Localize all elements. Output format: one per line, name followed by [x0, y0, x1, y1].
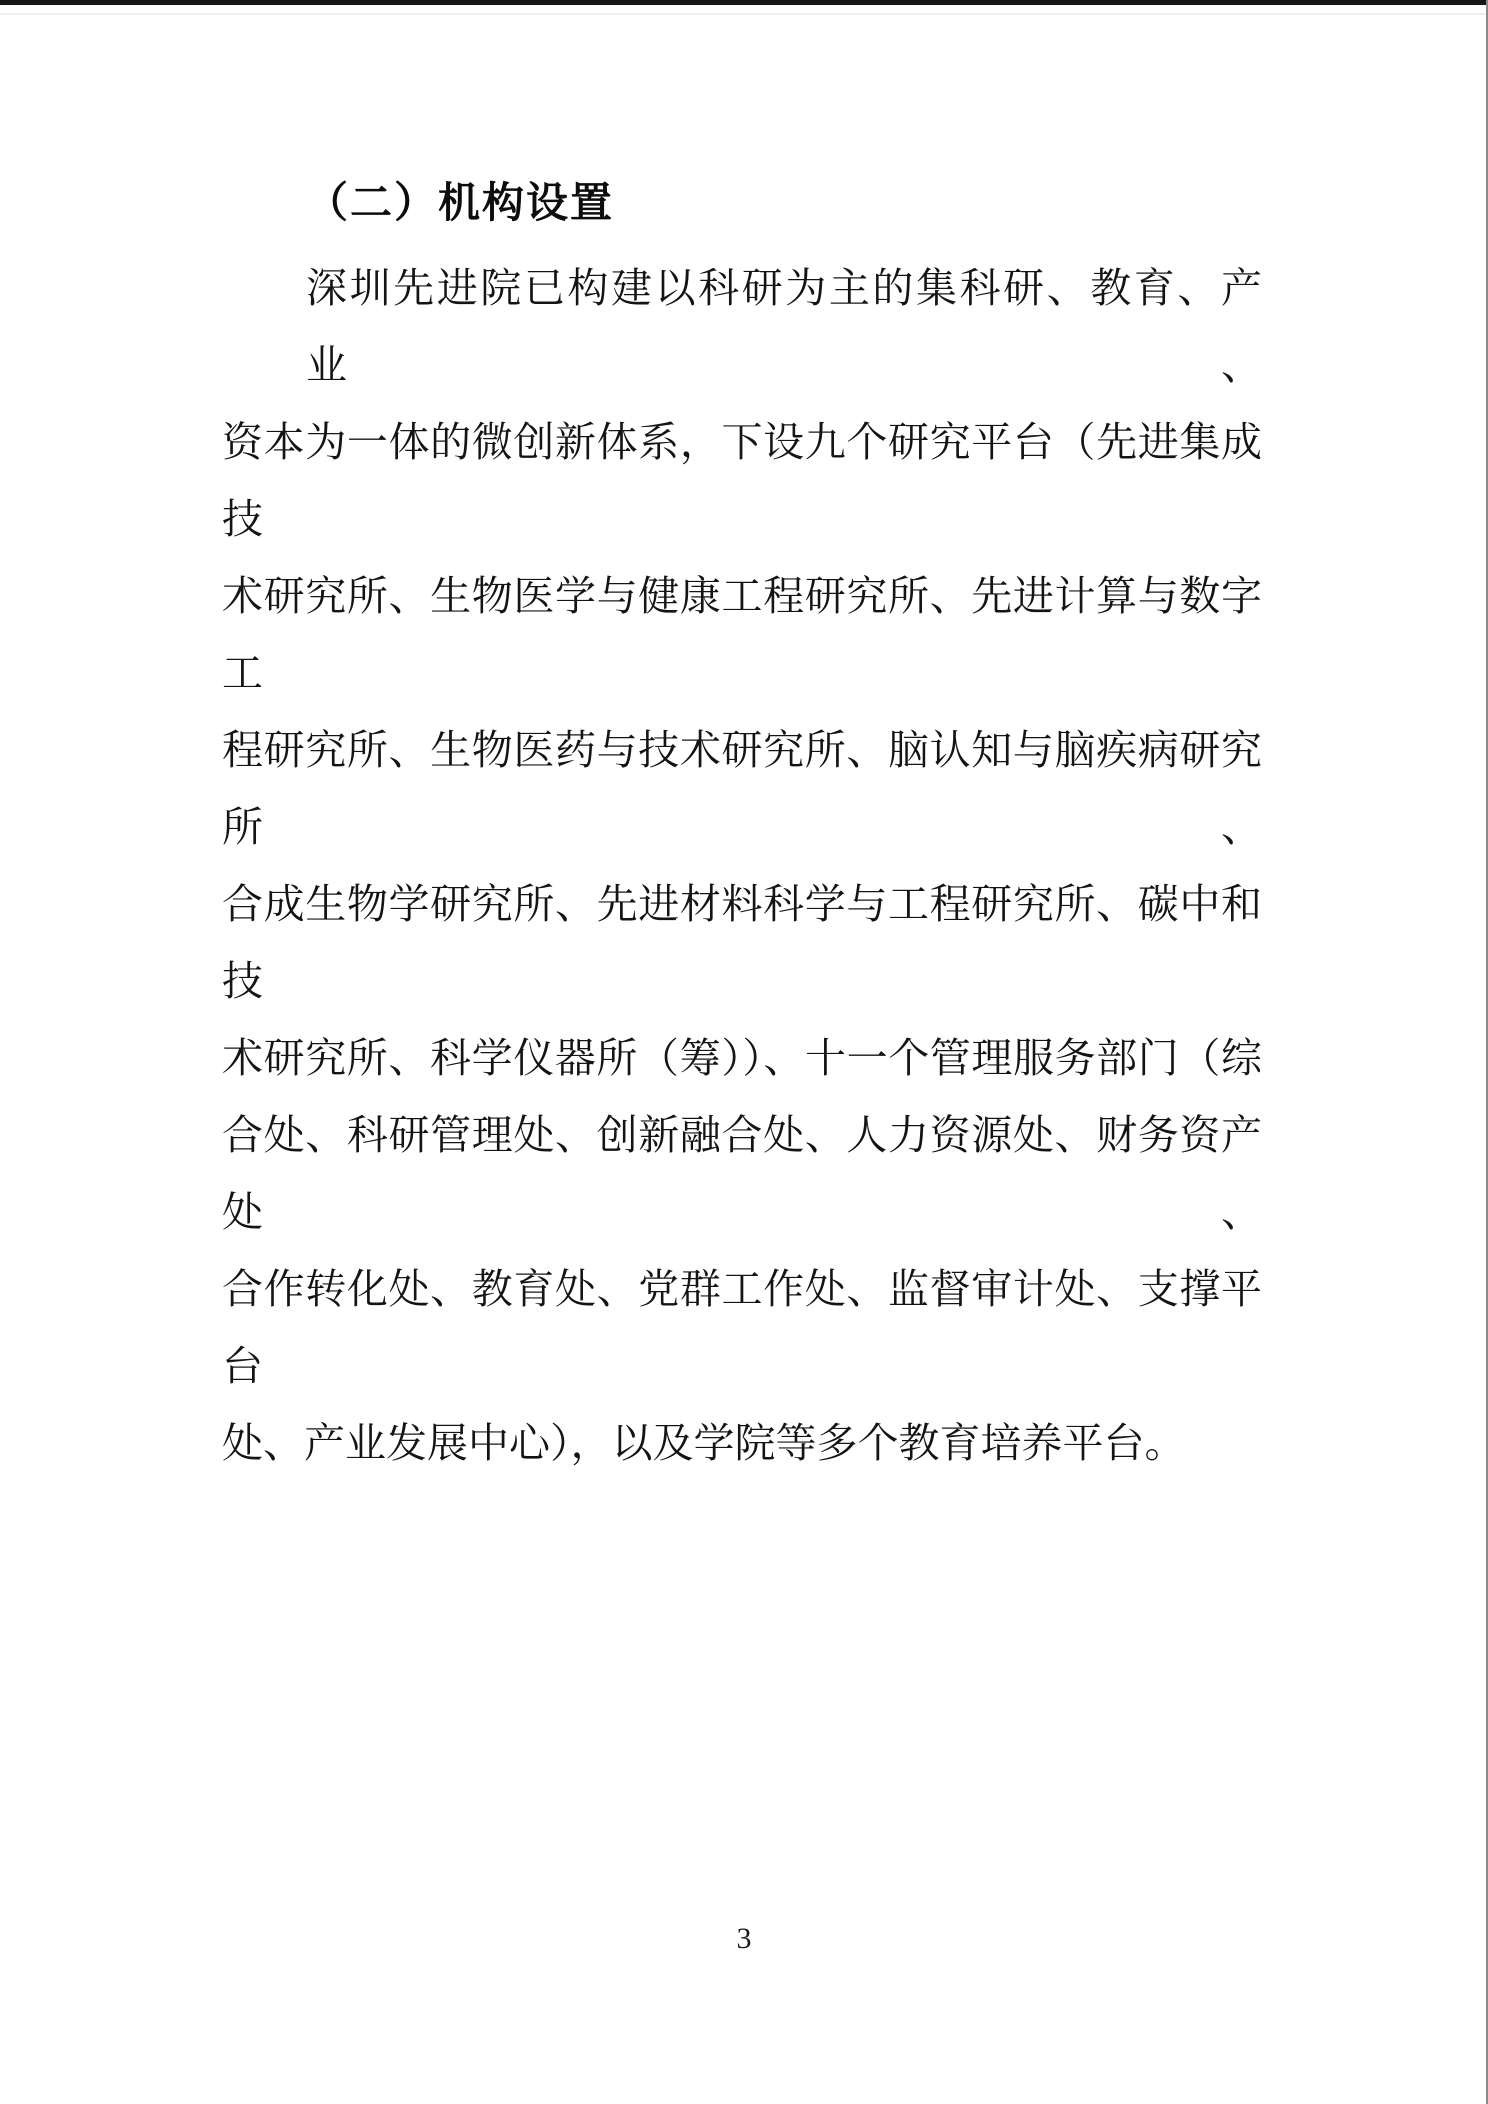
paragraph-line: 深圳先进院已构建以科研为主的集科研、教育、产业、	[222, 250, 1262, 404]
paragraph-line: 术研究所、生物医学与健康工程研究所、先进计算与数字工	[222, 558, 1262, 712]
section-heading: （二）机构设置	[306, 180, 1262, 228]
page-number: 3	[0, 1922, 1488, 1956]
paragraph-line: 资本为一体的微创新体系，下设九个研究平台（先进集成技	[222, 404, 1262, 558]
paragraph-line: 合作转化处、教育处、党群工作处、监督审计处、支撑平台	[222, 1251, 1262, 1405]
paragraph-line: 合成生物学研究所、先进材料科学与工程研究所、碳中和技	[222, 866, 1262, 1020]
paragraph-line: 合处、科研管理处、创新融合处、人力资源处、财务资产处、	[222, 1097, 1262, 1251]
page-content: （二）机构设置 深圳先进院已构建以科研为主的集科研、教育、产业、 资本为一体的微…	[222, 180, 1262, 1482]
scan-artifact-faint-line	[0, 13, 1488, 15]
paragraph-line: 程研究所、生物医药与技术研究所、脑认知与脑疾病研究所、	[222, 712, 1262, 866]
paragraph-line: 处、产业发展中心），以及学院等多个教育培养平台。	[222, 1405, 1262, 1482]
scan-artifact-top-bar	[0, 0, 1488, 5]
paragraph-line: 术研究所、科学仪器所（筹））、十一个管理服务部门（综	[222, 1020, 1262, 1097]
document-page: （二）机构设置 深圳先进院已构建以科研为主的集科研、教育、产业、 资本为一体的微…	[0, 0, 1488, 2104]
body-paragraph: 深圳先进院已构建以科研为主的集科研、教育、产业、 资本为一体的微创新体系，下设九…	[222, 250, 1262, 1482]
